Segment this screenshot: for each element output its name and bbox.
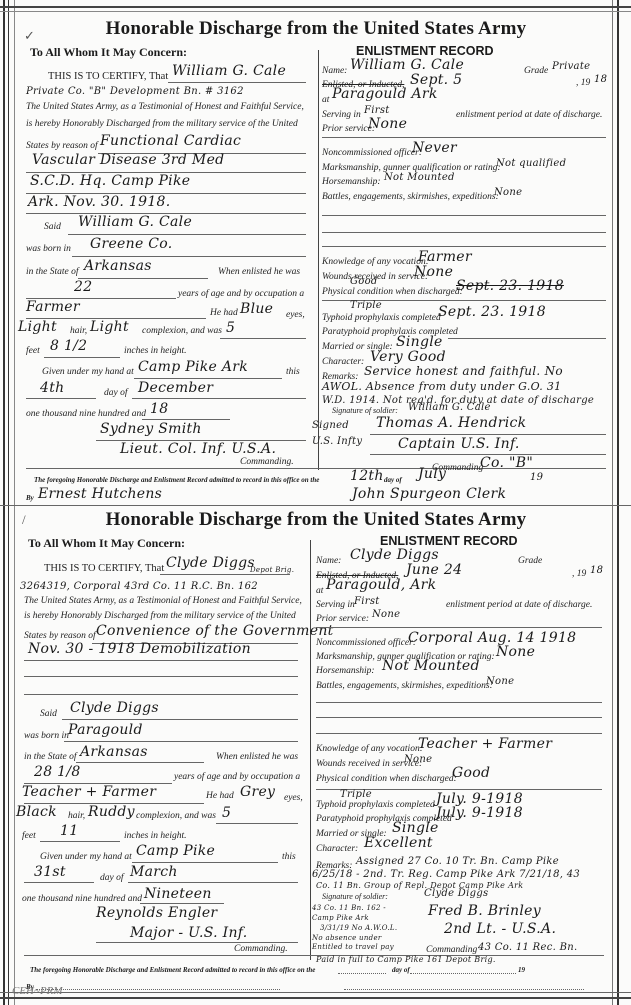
er-character-label: Character: (316, 844, 358, 854)
er-typhoid-note: Triple (340, 789, 372, 800)
rule (216, 823, 298, 824)
this-label: this (286, 367, 300, 377)
rule (24, 676, 298, 677)
er-knowledge-label: Knowledge of any vocation: (322, 257, 429, 267)
inches-label: inches in height. (124, 346, 187, 356)
reason-value-3: S.C.D. Hq. Camp Pike (30, 173, 190, 189)
right-border-line-outer (617, 0, 619, 1005)
inches-label: inches in height. (124, 831, 187, 841)
rule (76, 762, 204, 763)
rule (62, 719, 298, 720)
reason-value-1: Convenience of the Government (96, 623, 334, 639)
unit-note: Depot Brig. (250, 566, 294, 574)
record-day-of-label: day of (384, 476, 402, 484)
record-month-value: July (418, 466, 446, 482)
record-day-of-label: day of (392, 966, 410, 974)
er-knowledge-label: Knowledge of any vocation: (316, 744, 423, 754)
rule (24, 694, 298, 695)
rule (140, 903, 224, 904)
month-value: December (138, 380, 213, 396)
er-year-prefix: , 19 (572, 569, 586, 579)
recorder-signature: Ernest Hutchens (38, 486, 162, 502)
thousand-label: one thousand nine hundred and (22, 894, 142, 904)
er-name-label: Name: (316, 556, 341, 566)
eyes-value: Grey (240, 784, 275, 800)
feet-value: 5 (226, 320, 235, 336)
er-enlisted-value: June 24 (406, 562, 462, 578)
er-paratyphoid-value: July. 9-1918 (436, 805, 523, 821)
rule (132, 398, 306, 399)
rule (370, 434, 606, 435)
er-typhoid-label: Typhoid prophylaxis completed (322, 313, 441, 323)
er-signature-label: Signature of soldier: (332, 406, 398, 415)
soldier-name: William G. Cale (172, 63, 286, 79)
said-label: Said (44, 222, 61, 232)
er-physical-note: Good (350, 276, 378, 287)
form-1-greeting: To All Whom It May Concern: (30, 45, 187, 60)
state-value: Arkansas (84, 258, 152, 274)
er-typhoid-label: Typhoid prophylaxis completed (316, 800, 435, 810)
er-signature-label: Signature of soldier: (322, 892, 388, 901)
er-prior-value: None (372, 609, 400, 620)
hair-label: hair, (68, 811, 85, 821)
er-remarks-value: Service honest and faithful. No (364, 364, 563, 378)
certify-label: THIS IS TO CERTIFY, That (44, 563, 164, 574)
er-year-value: 18 (594, 74, 607, 85)
er-commanding-title: 2nd Lt. - U.S.A. (444, 921, 556, 937)
soldier-name: Clyde Diggs (166, 555, 255, 571)
er-year-value: 18 (590, 565, 603, 576)
born-in-label: was born in (24, 731, 69, 741)
commanding-label: Commanding. (240, 457, 294, 467)
commander-signature: Sydney Smith (100, 421, 202, 437)
er-side-note: 43 Co. 11 Bn. 162 - (312, 904, 386, 912)
right-border-line (612, 0, 613, 1005)
commanding-label: Commanding. (234, 944, 288, 954)
rule (338, 973, 386, 974)
er-grade-label: Grade (524, 66, 548, 76)
archive-watermark: CEH~PRM (12, 985, 63, 997)
hair-value: Black (16, 804, 57, 820)
er-battles-label: Battles, engagements, skirmishes, expedi… (316, 681, 493, 691)
year-value: Nineteen (144, 886, 212, 902)
er-physical-label: Physical condition when discharged: (316, 774, 457, 784)
complexion-value: Ruddy (88, 804, 135, 820)
eyes-value: Blue (240, 301, 273, 317)
er-physical-value: Good (452, 765, 490, 781)
discharged-text: is hereby Honorably Discharged from the … (26, 119, 298, 129)
er-horsemanship-value: Not Mounted (384, 172, 455, 183)
er-side-note-3: 3/31/19 No A.W.O.L. (320, 924, 397, 932)
er-married-value: Single (392, 820, 439, 836)
rule (322, 232, 606, 233)
rule (24, 882, 94, 883)
inches-value: 8 1/2 (50, 338, 87, 354)
er-remarks-line-3: Co. 11 Bn. Group of Repl. Depot Camp Pik… (316, 881, 523, 890)
commander-title: Lieut. Col. Inf. U.S.A. (120, 441, 276, 457)
left-border-line-inner-2 (14, 0, 15, 1005)
er-side-note-2: Camp Pike Ark (312, 914, 369, 922)
he-had-label: He had (206, 791, 234, 801)
form-2-greeting: To All Whom It May Concern: (28, 536, 185, 551)
eyes-label: eyes, (284, 793, 303, 803)
day-of-label: day of (104, 388, 127, 398)
er-character-label: Character: (322, 357, 364, 367)
given-at-value: Camp Pike (136, 843, 215, 859)
thousand-label: one thousand nine hundred and (26, 409, 146, 419)
age-value: 28 1/8 (34, 764, 81, 780)
bottom-border-line (0, 997, 631, 999)
er-serving-value: First (354, 596, 380, 607)
er-horsemanship-value: Not Mounted (382, 658, 480, 674)
year-value: 18 (150, 401, 168, 417)
given-label: Given under my hand at (42, 367, 134, 377)
rule (344, 989, 584, 990)
commander-title: Major - U.S. Inf. (130, 925, 248, 941)
rule (128, 882, 298, 883)
top-border-line (0, 6, 631, 8)
er-character-value: Very Good (370, 349, 446, 365)
he-had-label: He had (210, 308, 238, 318)
er-wounds-value: None (414, 264, 453, 280)
feet-label: feet (26, 346, 40, 356)
this-label: this (282, 852, 296, 862)
er-remarks-line-2: 6/25/18 - 2nd. Tr. Reg. Camp Pike Ark 7/… (312, 869, 580, 880)
complexion-label: complexion, and was (142, 326, 222, 336)
state-label: in the State of (26, 267, 79, 277)
er-grade-label: Grade (518, 556, 542, 566)
feet-label: feet (22, 831, 36, 841)
said-label: Said (40, 709, 57, 719)
age-label: years of age and by occupation a (178, 289, 304, 299)
rule (44, 357, 120, 358)
er-marksmanship-value: Not qualified (496, 158, 566, 169)
er-side-note: Signed (312, 420, 349, 431)
er-nco-label: Noncommissioned officer: (316, 638, 416, 648)
unit-line: 3264319, Corporal 43rd Co. 11 R.C. Bn. 1… (20, 581, 258, 592)
er-battles-value: None (494, 187, 522, 198)
clerk-signature: John Spurgeon Clerk (352, 486, 506, 502)
er-physical-label: Physical condition when discharged: (322, 287, 463, 297)
testimonial-text: The United States Army, as a Testimonial… (26, 102, 304, 112)
when-enlisted-label: When enlisted he was (216, 752, 298, 762)
rule (220, 338, 306, 339)
form-2-column-divider (310, 540, 311, 960)
rule (322, 137, 606, 138)
rule (316, 702, 602, 703)
unit-line: Private Co. "B" Development Bn. # 3162 (26, 86, 244, 97)
inches-value: 11 (60, 823, 78, 839)
age-value: 22 (74, 279, 92, 295)
rule (322, 246, 606, 247)
rule (36, 989, 280, 990)
rule (410, 973, 516, 974)
rule (72, 256, 306, 257)
complexion-label: complexion, and was (136, 811, 216, 821)
form-1-column-divider (318, 50, 319, 470)
er-battles-value: None (486, 676, 514, 687)
form-2-title: Honorable Discharge from the United Stat… (14, 509, 618, 531)
born-in-value: Paragould (68, 722, 143, 738)
reason-value-2: Vascular Disease 3rd Med (32, 152, 224, 168)
record-year-value: 19 (530, 472, 543, 483)
er-commanding-title: Captain U.S. Inf. (398, 436, 520, 452)
er-at-value: Paragould Ark (332, 86, 438, 102)
er-final-note: Paid in full to Camp Pike 161 Depot Brig… (316, 955, 496, 964)
enlistment-record-heading: ENLISTMENT RECORD (356, 44, 494, 58)
er-knowledge-value: Farmer (418, 249, 472, 265)
record-year-label: 19 (518, 966, 525, 974)
rule (78, 278, 208, 279)
by-label: By (26, 494, 34, 502)
er-commanding-label: Commanding (426, 945, 477, 955)
when-enlisted-label: When enlisted he was (218, 267, 300, 277)
record-day-value: 12th (350, 468, 384, 484)
rule (316, 733, 602, 734)
discharged-text: is hereby Honorably Discharged from the … (24, 611, 296, 621)
er-serving-label: Serving in (316, 600, 355, 610)
er-year-prefix: , 19 (576, 78, 590, 88)
er-married-value: Single (396, 334, 443, 350)
er-nco-value: Never (412, 140, 457, 156)
reason-label: States by reason of (24, 631, 96, 641)
occupation-value: Farmer (26, 299, 80, 315)
rule (26, 398, 96, 399)
er-battles-label: Battles, engagements, skirmishes, expedi… (322, 192, 499, 202)
reason-value-2: Nov. 30 - 1918 Demobilization (28, 641, 251, 657)
er-name-label: Name: (322, 66, 347, 76)
rule (132, 862, 278, 863)
rule (142, 419, 230, 420)
er-typhoid-value: Sept. 23. 1918 (438, 304, 546, 320)
enlistment-record-heading: ENLISTMENT RECORD (380, 534, 518, 548)
er-at-label: at (316, 586, 323, 596)
born-in-value: Greene Co. (90, 236, 173, 252)
er-commanding-unit: 43 Co. 11 Rec. Bn. (478, 942, 577, 953)
day-of-label: day of (100, 873, 123, 883)
er-horsemanship-label: Horsemanship: (322, 177, 381, 187)
record-admission-text: The foregoing Honorable Discharge and En… (34, 476, 319, 484)
rule (168, 82, 306, 83)
eyes-label: eyes, (286, 310, 305, 320)
er-wounds-value: None (404, 754, 432, 765)
er-name-value: Clyde Diggs (350, 547, 439, 563)
er-name-value: William G. Cale (350, 57, 464, 73)
er-prior-label: Prior service: (316, 614, 369, 624)
record-admission-text: The foregoing Honorable Discharge and En… (30, 966, 315, 974)
er-serving-value: First (364, 105, 390, 116)
rule (24, 955, 604, 956)
er-remarks-line-2: AWOL. Absence from duty under G.O. 31 (322, 380, 561, 393)
er-nco-value: Corporal Aug. 14 1918 (408, 630, 576, 646)
born-in-label: was born in (26, 244, 71, 254)
rule (24, 660, 298, 661)
er-commanding-unit: Co. "B" (480, 455, 533, 471)
hair-value: Light (18, 319, 57, 335)
middle-separator (0, 505, 631, 506)
er-physical-value: Sept. 23. 1918 (456, 278, 564, 294)
rule (134, 378, 282, 379)
er-serving-label: Serving in (322, 110, 361, 120)
er-side-note-5: Entitled to travel pay (312, 943, 394, 951)
hair-label: hair, (70, 326, 87, 336)
er-at-value: Paragould, Ark (326, 577, 436, 593)
form-1-title: Honorable Discharge from the United Stat… (14, 18, 618, 40)
state-value: Arkansas (80, 744, 148, 760)
er-horsemanship-label: Horsemanship: (316, 666, 375, 676)
rule (316, 627, 602, 628)
said-name-value: William G. Cale (78, 214, 192, 230)
feet-value: 5 (222, 805, 231, 821)
left-border-line (3, 0, 5, 1005)
er-soldier-signature: William G. Cale (408, 402, 491, 413)
er-remarks-value: Assigned 27 Co. 10 Tr. Bn. Camp Pike (356, 856, 559, 867)
day-value: 4th (40, 380, 64, 396)
er-side-note-4: No absence under (312, 934, 382, 942)
er-nco-label: Noncommissioned officer: (322, 148, 422, 158)
rule (448, 338, 606, 339)
given-label: Given under my hand at (40, 852, 132, 862)
reason-value-4: Ark. Nov. 30. 1918. (28, 194, 171, 210)
er-character-value: Excellent (364, 835, 433, 851)
complexion-value: Light (90, 319, 129, 335)
given-at-value: Camp Pike Ark (138, 359, 248, 375)
state-label: in the State of (24, 752, 77, 762)
rule (316, 717, 602, 718)
er-grade-value: Private (552, 61, 590, 72)
bottom-border-line-inner (0, 992, 631, 993)
reason-value-1: Functional Cardiac (100, 133, 241, 149)
er-commanding-signature: Thomas A. Hendrick (376, 415, 526, 431)
er-at-label: at (322, 95, 329, 105)
rule (160, 574, 290, 575)
rule (68, 234, 306, 235)
rule (40, 841, 120, 842)
er-commanding-signature: Fred B. Brinley (428, 903, 541, 919)
top-border-line-inner (0, 11, 631, 12)
left-border-line-inner (8, 0, 9, 1005)
said-name-value: Clyde Diggs (70, 700, 159, 716)
rule (96, 942, 298, 943)
er-prior-value: None (368, 116, 407, 132)
day-value: 31st (34, 864, 66, 880)
er-knowledge-value: Teacher + Farmer (418, 736, 552, 752)
rule (64, 741, 298, 742)
discharge-document-page: ✓ Honorable Discharge from the United St… (0, 0, 631, 1005)
rule (322, 215, 606, 216)
commander-signature: Reynolds Engler (96, 905, 217, 921)
certify-label: THIS IS TO CERTIFY, That (48, 71, 168, 82)
reason-label: States by reason of (26, 141, 98, 151)
er-period-label: enlistment period at date of discharge. (446, 600, 592, 610)
occupation-value: Teacher + Farmer (22, 784, 156, 800)
er-soldier-signature: Clyde Diggs (424, 888, 488, 899)
er-period-label: enlistment period at date of discharge. (456, 110, 602, 120)
age-label: years of age and by occupation a (174, 772, 300, 782)
month-value: March (130, 864, 178, 880)
er-side-note-2: U.S. Infty (312, 436, 362, 447)
er-typhoid-note: Triple (350, 300, 382, 311)
testimonial-text: The United States Army, as a Testimonial… (24, 596, 302, 606)
er-marksmanship-value: None (496, 644, 535, 660)
